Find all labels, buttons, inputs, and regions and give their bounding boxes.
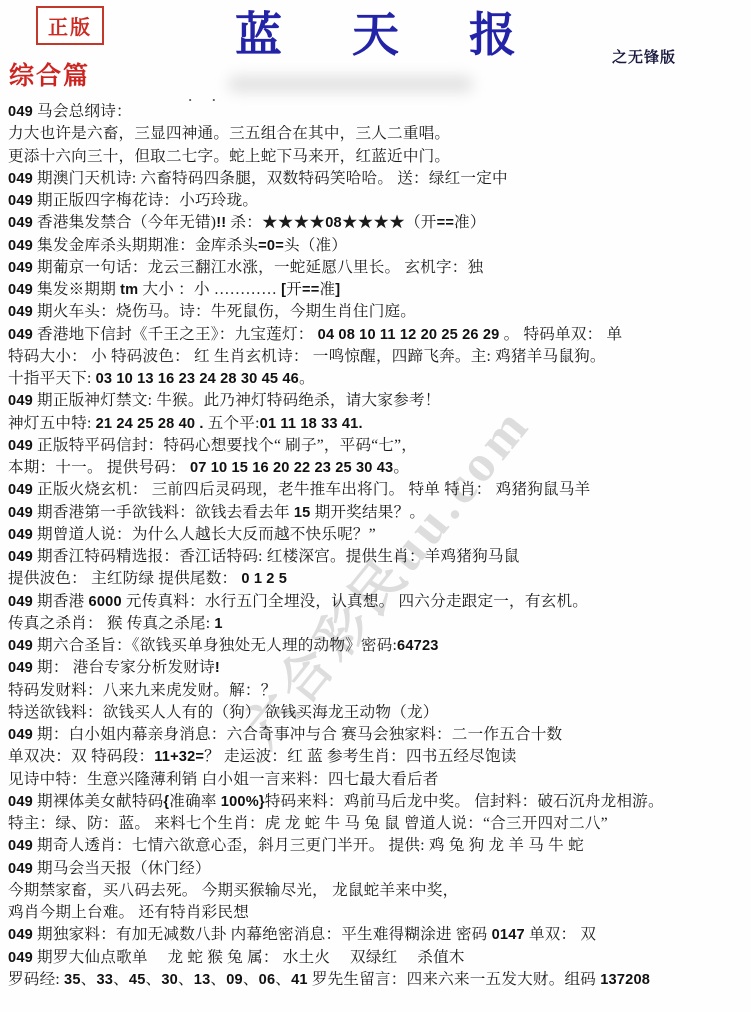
report-line: 本期：十一。 提供号码： 07 10 15 16 20 22 23 25 30 … (8, 457, 748, 479)
report-line: 049 正版特平码信封：特码心想要找个“ 刷子”，平码“七”， (8, 435, 748, 457)
report-line: 049 集发金库杀头期期准：金库杀头=0=头（准） (8, 235, 748, 257)
report-line: 十指平天下: 03 10 13 16 23 24 28 30 45 46。 (8, 368, 748, 390)
report-line: 特码发财料：八来九来虎发财。解：？ (8, 680, 748, 702)
report-line: 049 正版火烧玄机： 三前四后灵码现，老牛推车出将门。 特单 特肖： 鸡猪狗鼠… (8, 479, 748, 501)
report-line: 特送欲钱料：欲钱买人人有的（狗） 欲钱买海龙王动物（龙） (8, 702, 748, 724)
section-title: 综合篇 (9, 56, 90, 92)
report-line: 特码大小： 小 特码波色： 红 生肖玄机诗： 一鸣惊醒，四蹄飞奔。主: 鸡猪羊马… (8, 346, 748, 368)
report-line: 049 期正版四字梅花诗：小巧玲珑。 (8, 190, 748, 212)
report-line: 049 期六合圣旨：《欲钱买单身独处无人理的动物》密码:64723 (8, 635, 748, 657)
report-line: 049 期：白小姐内幕亲身消息：六合奇事冲与合 赛马会独家料：二一作五合十数 (8, 724, 748, 746)
report-line: 049 期香港 6000 元传真料：水行五门全埋没，认真想。 四六分走跟定一，有… (8, 591, 748, 613)
edition-label: 之无锋版 (612, 46, 676, 67)
report-line: 049 期罗大仙点歌单 龙 蛇 猴 兔 属： 水土火 双绿红 杀值木 (8, 947, 748, 969)
report-line: 049 香港集发禁合（今年无错)!! 杀：★★★★08★★★★（开==准） (8, 212, 748, 234)
report-line: 049 集发※期期 tm 大小 ：小 ………… [开==准] (8, 279, 748, 301)
report-line: 力大也许是六畜，三显四神通。三五组合在其中，三人二重唱。 (8, 123, 748, 145)
report-line: 今期禁家畜，买八码去死。 今期买猴输尽光， 龙鼠蛇羊来中奖， (8, 880, 748, 902)
report-line: 049 香港地下信封《千王之王》：九宝莲灯： 04 08 10 11 12 20… (8, 324, 748, 346)
scan-smudge-artifact (228, 76, 473, 92)
report-line: 049 期马会当天报（休门经） (8, 858, 748, 880)
report-line: 049 期曾道人说：为什么人越长大反而越不快乐呢？” (8, 524, 748, 546)
report-line: 提供波色： 主红防绿 提供尾数： 0 1 2 5 (8, 568, 748, 590)
report-line: 049 期独家料：有加无减数八卦 内幕绝密消息：平生难得糊涂进 密码 0147 … (8, 924, 748, 946)
report-line: 049 马会总纲诗： (8, 101, 748, 123)
report-line: 见诗中特：生意兴隆薄利销 白小姐一言来料：四七最大看后者 (8, 769, 748, 791)
report-line: 049 期香江特码精选报：香江话特码: 红楼深宫。提供生肖：羊鸡猪狗马鼠 (8, 546, 748, 568)
report-line: 传真之杀肖： 猴 传真之杀尾: 1 (8, 613, 748, 635)
report-line: 049 期火车头：烧伤马。诗：牛死鼠伤，今期生肖住门庭。 (8, 301, 748, 323)
report-line: 049 期葡京一句话：龙云三翻江水涨，一蛇延愿八里长。 玄机字：独 (8, 257, 748, 279)
report-line: 049 期裸体美女献特码{准确率 100%}特码来料：鸡前马后龙中奖。 信封料：… (8, 791, 748, 813)
report-line: 鸡肖今期上台难。 还有特肖彩民想 (8, 902, 748, 924)
report-line: 罗码经: 35、33、45、30、13、09、06、41 罗先生留言：四来六来一… (8, 969, 748, 991)
scanned-report-page: 正版 蓝 天 报 之无锋版 综合篇 · · 六合彩民uu.com 049 马会总… (0, 0, 751, 1012)
report-line: 更添十六向三十，但取二七字。蛇上蛇下马来开，红蓝近中门。 (8, 146, 748, 168)
report-line: 049 期澳门天机诗: 六畜特码四条腿，双数特码笑哈哈。 送：绿红一定中 (8, 168, 748, 190)
report-line: 049 期香港第一手欲钱料：欲钱去看去年 15 期开奖结果？。 (8, 502, 748, 524)
report-line: 单双决：双 特码段：11+32=？ 走运波：红 蓝 参考生肖：四书五经尽饱读 (8, 746, 748, 768)
report-line: 特主：绿、防：蓝。 来料七个生肖：虎 龙 蛇 牛 马 兔 鼠 曾道人说：“合三开… (8, 813, 748, 835)
report-line: 049 期正版神灯禁文: 牛猴。此乃神灯特码绝杀，请大家参考！ (8, 390, 748, 412)
report-line: 049 期： 港台专家分析发财诗! (8, 657, 748, 679)
report-body: 049 马会总纲诗：力大也许是六畜，三显四神通。三五组合在其中，三人二重唱。更添… (8, 101, 748, 991)
report-line: 049 期奇人透肖：七情六欲意心歪，斜月三更门半开。 提供: 鸡 兔 狗 龙 羊… (8, 835, 748, 857)
report-line: 神灯五中特: 21 24 25 28 40 . 五个平:01 11 18 33 … (8, 413, 748, 435)
